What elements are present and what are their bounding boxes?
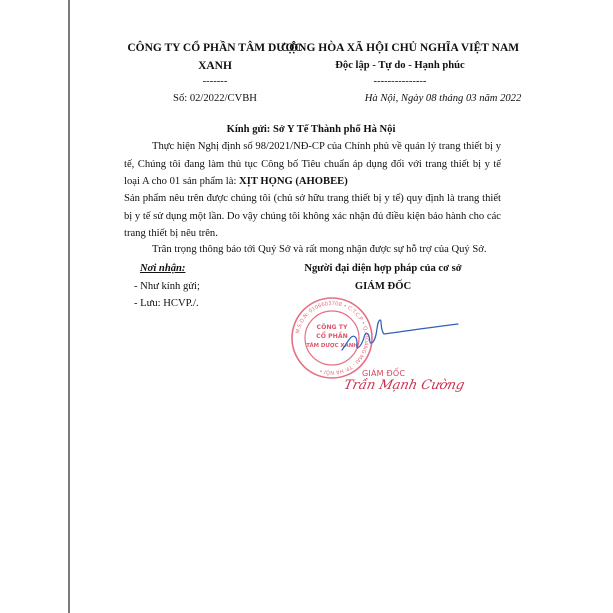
company-name-line1: CÔNG TY CỔ PHẦN TÂM DƯỢC bbox=[127, 42, 302, 54]
recipient-line: Kính gửi: Sở Y Tế Thành phố Hà Nội bbox=[227, 124, 396, 135]
company-separator: ------- bbox=[203, 76, 228, 87]
signer-title: GIÁM ĐỐC bbox=[362, 369, 405, 378]
document-page: CÔNG TY CỔ PHẦN TÂM DƯỢC XANH ------- Số… bbox=[0, 0, 613, 613]
legal-representative: Người đại diện hợp pháp của cơ sở bbox=[304, 263, 461, 274]
motto-separator: --------------- bbox=[374, 76, 427, 87]
paragraph-warranty: Sản phẩm nêu trên được chúng tôi (chủ sở… bbox=[124, 190, 501, 243]
place-date: Hà Nội, Ngày 08 tháng 03 năm 2022 bbox=[365, 93, 522, 104]
recipient-item: - Như kính gửi; bbox=[134, 281, 200, 292]
position-title: GIÁM ĐỐC bbox=[355, 281, 411, 292]
recipients-label: Nơi nhận: bbox=[140, 263, 185, 274]
document-number: Số: 02/2022/CVBH bbox=[173, 93, 257, 104]
recipient-item: - Lưu: HCVP./. bbox=[134, 298, 199, 309]
national-motto: Độc lập - Tự do - Hạnh phúc bbox=[335, 60, 465, 71]
signature-icon bbox=[340, 312, 460, 362]
signer-name: Trần Mạnh Cường bbox=[342, 378, 465, 393]
product-name: XỊT HỌNG (AHOBEE) bbox=[239, 176, 348, 187]
closing-line: Trân trọng thông báo tới Quý Sở và rất m… bbox=[152, 244, 487, 255]
paragraph-intro: Thực hiện Nghị định số 98/2021/NĐ-CP của… bbox=[124, 138, 501, 191]
company-name-line2: XANH bbox=[198, 60, 232, 72]
nation-title: CỘNG HÒA XÃ HỘI CHỦ NGHĨA VIỆT NAM bbox=[281, 42, 519, 54]
